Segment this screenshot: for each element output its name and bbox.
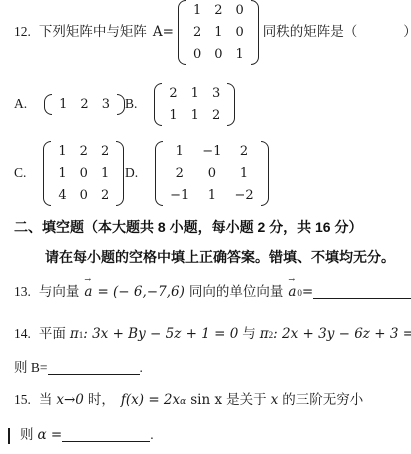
question-15-answer-line: 则 α = . bbox=[8, 426, 154, 445]
matrix-cell: 0 bbox=[80, 188, 88, 203]
matrix-cell: 3 bbox=[212, 86, 220, 101]
unit-vector-a0: a→0 bbox=[287, 284, 302, 301]
question-text-before: 下列矩阵中与矩阵 bbox=[39, 24, 147, 41]
matrix-cell: 0 bbox=[214, 47, 222, 62]
q15-limit: x→0 bbox=[56, 392, 84, 409]
q14-equation-2: : 2x + 3y − 6z + 3 = 0 bbox=[273, 326, 411, 343]
question-12: 12. 下列矩阵中与矩阵 A= 120210001 同秩的矩阵是（ ） bbox=[14, 0, 411, 64]
period: . bbox=[140, 360, 143, 377]
period: . bbox=[150, 427, 153, 444]
q15-pre: 当 bbox=[39, 392, 53, 409]
answer-blank bbox=[313, 283, 411, 299]
matrix-cell: 4 bbox=[58, 188, 66, 203]
question-13: 13. 与向量 a→ = (− 6,−7,6) 同向的单位向量 a→0 = . bbox=[14, 283, 411, 302]
section-heading-text: 二、填空题（本大题共 8 小题，每小题 2 分，共 16 分） bbox=[14, 219, 362, 237]
left-paren bbox=[154, 83, 162, 126]
matrix-cell: 1 bbox=[58, 144, 66, 159]
option-a: A. 123 bbox=[14, 90, 129, 118]
matrix-cells: 1−12201−11−2 bbox=[163, 141, 261, 206]
q13-mid: 同向的单位向量 bbox=[189, 284, 284, 301]
matrix-cell: 3 bbox=[102, 97, 110, 112]
section-note: 请在每小题的空格中填上正确答案。错填、不填均无分。 bbox=[45, 249, 395, 267]
matrix-cell: 0 bbox=[80, 166, 88, 181]
matrix-cell: 2 bbox=[193, 25, 201, 40]
option-label: C. bbox=[14, 165, 26, 182]
question-text-after: 同秩的矩阵是（ bbox=[263, 24, 358, 41]
option-d-matrix: 1−12201−11−2 bbox=[155, 141, 269, 206]
right-paren bbox=[261, 141, 269, 206]
matrix-cell: 2 bbox=[101, 144, 109, 159]
matrix-cells: 120210001 bbox=[186, 0, 251, 65]
question-number: 14. bbox=[14, 326, 31, 343]
right-paren bbox=[116, 141, 124, 206]
text-cursor bbox=[8, 428, 10, 444]
right-paren bbox=[117, 94, 125, 115]
q15-x: x bbox=[271, 392, 279, 409]
matrix-cell: 1 bbox=[58, 166, 66, 181]
answer-blank bbox=[48, 359, 140, 375]
q14-equation-1: : 3x + By − 5z + 1 = 0 bbox=[83, 326, 238, 343]
matrix-cell: 2 bbox=[234, 144, 253, 159]
matrix-cell: 2 bbox=[80, 144, 88, 159]
q15-mid1: 是关于 bbox=[226, 392, 267, 409]
plane-pi1: π1 bbox=[70, 326, 83, 343]
matrix-cells: 213112 bbox=[162, 83, 227, 126]
close-paren: ） bbox=[403, 24, 411, 41]
matrix-cell: 1 bbox=[234, 166, 253, 181]
q15-sin: sin x bbox=[190, 392, 222, 409]
matrix-cell: −1 bbox=[170, 188, 189, 203]
function-expression: f(x) = 2x bbox=[121, 392, 180, 409]
vector-symbol: a bbox=[84, 284, 92, 300]
matrix-cell: 0 bbox=[202, 166, 221, 181]
option-c-matrix: 122101402 bbox=[43, 141, 124, 206]
question-14-answer-line: 则 B= . bbox=[14, 359, 143, 378]
matrix-cell: 2 bbox=[169, 86, 177, 101]
right-paren bbox=[251, 0, 259, 65]
vector-symbol: a bbox=[288, 284, 296, 300]
matrix-cell: 1 bbox=[236, 47, 244, 62]
matrix-cell: 1 bbox=[191, 108, 199, 123]
matrix-cell: 1 bbox=[59, 97, 67, 112]
q15-alpha-equals: α = bbox=[38, 427, 63, 444]
matrix-cell: 2 bbox=[214, 3, 222, 18]
section-note-text: 请在每小题的空格中填上正确答案。错填、不填均无分。 bbox=[45, 249, 395, 267]
matrix-cell: 0 bbox=[193, 47, 201, 62]
vector-arrow-icon: → bbox=[288, 276, 295, 284]
matrix-cells: 123 bbox=[52, 94, 117, 115]
option-label: D. bbox=[125, 165, 138, 182]
q15-then: 则 bbox=[20, 427, 34, 444]
matrix-cell: 1 bbox=[169, 108, 177, 123]
option-b: B. 213112 bbox=[125, 80, 239, 128]
plane-pi2: π2 bbox=[260, 326, 273, 343]
question-number: 15. bbox=[14, 392, 31, 409]
q13-pre: 与向量 bbox=[39, 284, 80, 301]
option-label: B. bbox=[125, 96, 137, 113]
left-paren bbox=[44, 94, 52, 115]
matrix-cell: 1 bbox=[202, 188, 221, 203]
option-label: A. bbox=[14, 96, 27, 113]
matrix-cell: 0 bbox=[236, 25, 244, 40]
pi-symbol: π bbox=[260, 326, 269, 343]
option-d: D. 1−12201−11−2 bbox=[125, 140, 273, 206]
matrix-cell: 2 bbox=[101, 188, 109, 203]
vector-symbol-wrap: a→ bbox=[287, 284, 297, 301]
matrix-a: 120210001 bbox=[178, 0, 259, 65]
matrix-a-label: A= bbox=[153, 24, 174, 41]
right-paren bbox=[227, 83, 235, 126]
left-paren bbox=[155, 141, 163, 206]
matrix-cell: 1 bbox=[193, 3, 201, 18]
matrix-cell: 1 bbox=[191, 86, 199, 101]
left-paren bbox=[43, 141, 51, 206]
question-14: 14. 平面 π1 : 3x + By − 5z + 1 = 0 与 π2 : … bbox=[14, 326, 411, 343]
matrix-cell: 1 bbox=[170, 144, 189, 159]
vector-arrow-icon: → bbox=[84, 276, 91, 284]
question-number: 13. bbox=[14, 284, 31, 301]
option-a-matrix: 123 bbox=[44, 94, 125, 115]
q14-conjunction: 与 bbox=[242, 326, 256, 343]
matrix-cells: 122101402 bbox=[51, 141, 116, 206]
q13-equation: = (− 6,−7,6) bbox=[97, 284, 184, 301]
question-number: 12. bbox=[14, 24, 31, 41]
q14-pre: 平面 bbox=[39, 326, 66, 343]
answer-blank bbox=[62, 426, 150, 442]
matrix-cell: 2 bbox=[212, 108, 220, 123]
question-15: 15. 当 x→0 时， f(x) = 2xα sin x 是关于 x 的三阶无… bbox=[14, 392, 363, 409]
q14-then: 则 B= bbox=[14, 360, 48, 377]
matrix-cell: −1 bbox=[202, 144, 221, 159]
left-paren bbox=[178, 0, 186, 65]
q15-function: f(x) = 2xα bbox=[121, 392, 186, 409]
matrix-cell: 2 bbox=[80, 97, 88, 112]
option-c: C. 122101402 bbox=[14, 140, 128, 206]
option-b-matrix: 213112 bbox=[154, 83, 235, 126]
matrix-cell: 1 bbox=[101, 166, 109, 181]
matrix-cell: 1 bbox=[214, 25, 222, 40]
equals-sign: = bbox=[302, 284, 313, 301]
q15-shi: 时， bbox=[88, 392, 115, 409]
exam-page: 12. 下列矩阵中与矩阵 A= 120210001 同秩的矩阵是（ ） A. 1… bbox=[0, 0, 411, 454]
section-heading: 二、填空题（本大题共 8 小题，每小题 2 分，共 16 分） bbox=[14, 219, 362, 237]
vector-a: a→ bbox=[83, 284, 93, 301]
pi-symbol: π bbox=[70, 326, 79, 343]
q15-mid2: 的三阶无穷小 bbox=[282, 392, 363, 409]
matrix-cell: 0 bbox=[236, 3, 244, 18]
matrix-cell: 2 bbox=[170, 166, 189, 181]
matrix-cell: −2 bbox=[234, 188, 253, 203]
